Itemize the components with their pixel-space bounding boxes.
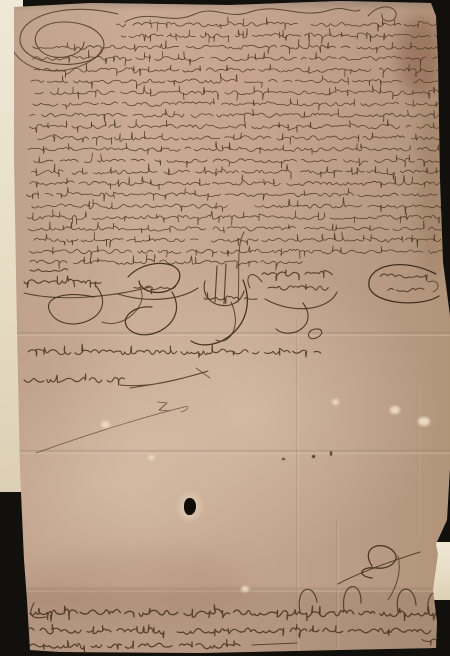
main-text-block: [26, 17, 449, 270]
docket-note: [24, 344, 321, 411]
ink-layer: [0, 0, 450, 656]
bottom-endorsement: [27, 587, 446, 653]
manuscript-page: [0, 0, 450, 656]
stray-stroke: [36, 407, 188, 453]
bottom-right-rubric: [338, 546, 420, 600]
opening-flourish: [9, 7, 396, 71]
signature-1: [24, 269, 150, 324]
signature-3: [191, 232, 257, 345]
scanned-document: [0, 0, 450, 656]
signature-5: [369, 265, 439, 303]
signature-4: [248, 270, 337, 339]
signature-2: [118, 263, 198, 334]
